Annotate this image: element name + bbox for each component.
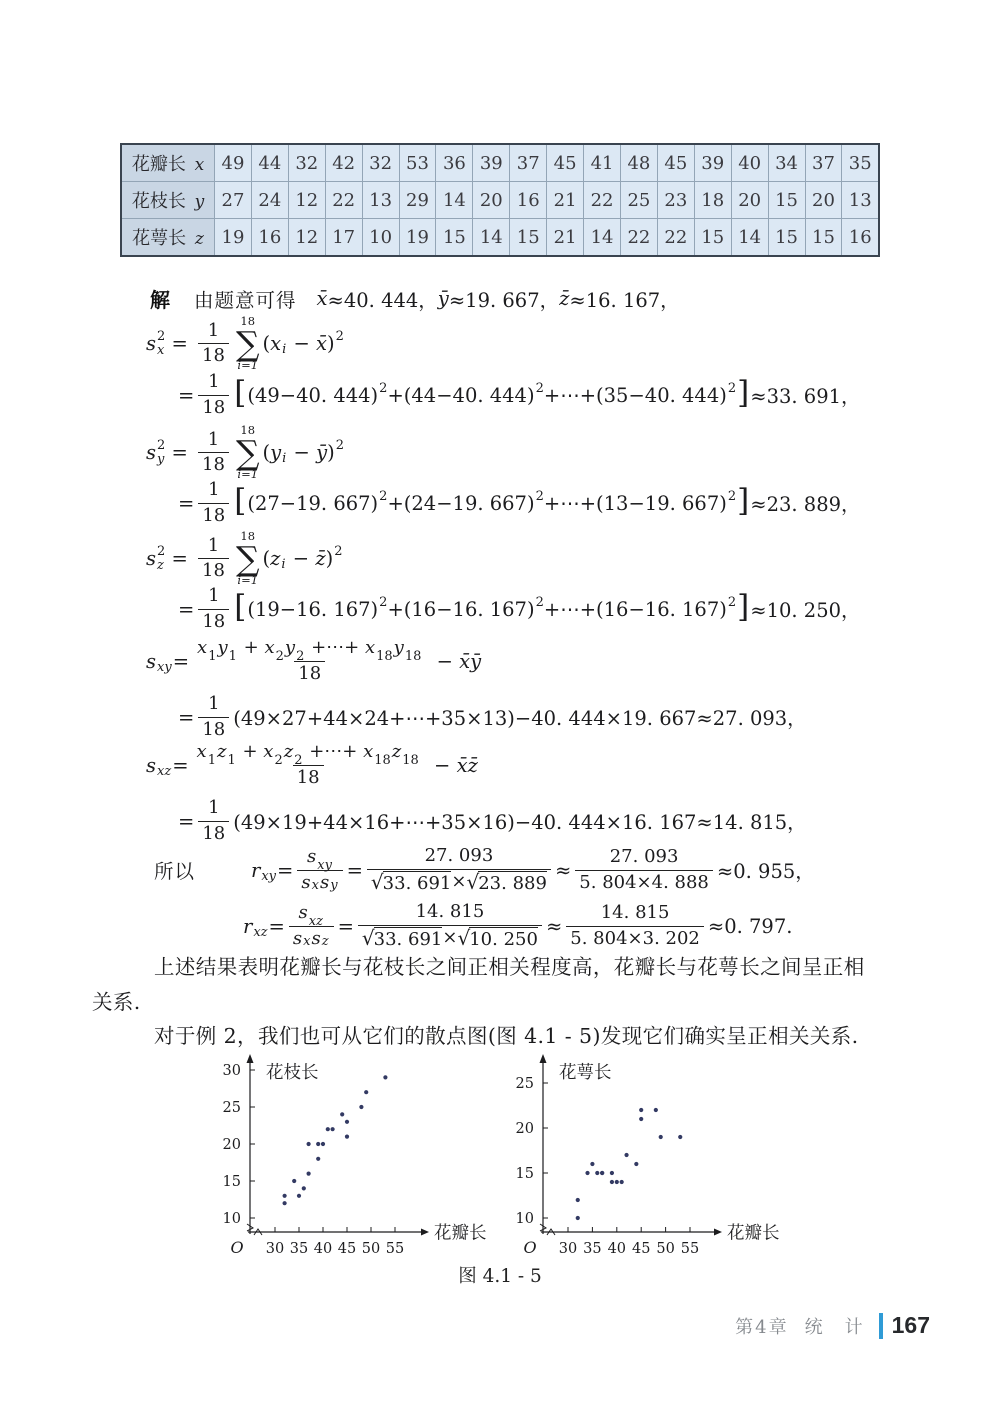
data-point [359,1105,363,1109]
data-point [307,1142,311,1146]
axis-text: 20 [516,1121,534,1137]
axis-text: 30 [266,1241,284,1257]
table-cell: 16 [842,219,879,257]
table-cell: 35 [842,144,879,182]
data-point [639,1117,643,1121]
equation-line-sxy-def: sxy=x1y1 + x2y2 +⋯+ x18y1818 − x̄ȳ [146,637,481,685]
table-cell: 32 [288,144,325,182]
table-cell: 45 [547,144,584,182]
row-label: 花瓣长 x [121,144,215,182]
table-cell: 15 [768,182,805,219]
table-cell: 15 [694,219,731,257]
data-point [283,1201,287,1205]
equation-line-sz2-val: =118[(19−16. 167)2+(16−16. 167)2+⋯+(16−1… [178,585,861,633]
data-point [316,1157,320,1161]
axis-text: 15 [516,1166,534,1182]
axis-text: 20 [223,1137,241,1153]
equation-line-sxz-val: =118(49×19+44×16+⋯+35×16)−40. 444×16. 16… [178,797,807,845]
table-cell: 15 [510,219,547,257]
table-cell: 25 [620,182,657,219]
axis-text: 50 [656,1241,674,1257]
y-axis-arrow [247,1054,254,1063]
data-point [576,1198,580,1202]
table-cell: 29 [399,182,436,219]
data-point [624,1153,628,1157]
table-cell: 37 [805,144,842,182]
equation-line-rxz: rxz=sxzsxsz=14. 815√33. 691×√10. 250≈14.… [243,901,792,951]
data-point [595,1171,599,1175]
table-cell: 36 [436,144,473,182]
table-cell: 32 [362,144,399,182]
data-table: 花瓣长 x49443242325336393745414845394034373… [120,143,880,257]
table-cell: 21 [547,219,584,257]
table-cell: 17 [325,219,362,257]
table-cell: 16 [251,219,288,257]
axis-text: 25 [223,1100,241,1116]
data-point [590,1162,594,1166]
table-cell: 14 [473,219,510,257]
equation-line-sx2-def: s2x = 11818∑i=1(xi − x̄)2 [146,315,344,373]
paragraph-line: 关系. [92,985,916,1020]
table-cell: 34 [768,144,805,182]
data-point [654,1108,658,1112]
table-cell: 23 [657,182,694,219]
data-point [297,1194,301,1198]
table-row: 花瓣长 x49443242325336393745414845394034373… [121,144,879,182]
equation-line-sy2-def: s2y = 11818∑i=1(yi − ȳ)2 [146,424,344,482]
table-cell: 19 [215,219,252,257]
data-point [345,1120,349,1124]
table-cell: 20 [731,182,768,219]
footer-chapter: 第4章 [735,1313,788,1339]
equation-line-rxy: 所以rxy=sxysxsy=27. 093√33. 691×√23. 889≈2… [154,845,815,895]
data-point [585,1171,589,1175]
data-point [321,1142,325,1146]
axis-text: 15 [223,1174,241,1190]
axis-text: 45 [338,1241,356,1257]
scatter-chart-sepal: 30354045505510152025O花萼长花瓣长 [483,1047,818,1276]
equation-line-sxz-def: sxz=x1z1 + x2z2 +⋯+ x18z1818 − x̄z̄ [146,741,478,789]
table-cell: 18 [694,182,731,219]
table-cell: 16 [510,182,547,219]
scatter-chart-stem: 3035404550551015202530O花枝长花瓣长 [190,1047,525,1276]
table-cell: 53 [399,144,436,182]
x-axis-arrow [714,1229,722,1236]
table-cell: 12 [288,219,325,257]
table-cell: 42 [325,144,362,182]
table-cell: 22 [325,182,362,219]
scatter-plot-stem: 3035404550551015202530O花枝长花瓣长 [190,1047,525,1272]
table-cell: 21 [547,182,584,219]
axis-text: 25 [516,1076,534,1092]
table-cell: 48 [620,144,657,182]
table-row: 花萼长 z19161217101915141521142222151415151… [121,219,879,257]
table-cell: 15 [805,219,842,257]
data-point [634,1162,638,1166]
axis-text: O [230,1238,243,1257]
table-cell: 37 [510,144,547,182]
row-label: 花枝长 y [121,182,215,219]
table-cell: 20 [805,182,842,219]
axis-text: O [523,1238,536,1257]
data-point [639,1108,643,1112]
table-cell: 13 [842,182,879,219]
axis-text: 35 [583,1241,601,1257]
data-point [307,1172,311,1176]
table-cell: 22 [620,219,657,257]
table-cell: 22 [657,219,694,257]
scatter-plot-sepal: 30354045505510152025O花萼长花瓣长 [483,1047,818,1272]
table-cell: 49 [215,144,252,182]
y-axis-label: 花萼长 [559,1062,612,1083]
table-cell: 40 [731,144,768,182]
equation-line-sx2-val: =118[(49−40. 444)2+(44−40. 444)2+⋯+(35−4… [178,371,861,419]
table-cell: 45 [657,144,694,182]
table-cell: 19 [399,219,436,257]
axis-text: 40 [314,1241,332,1257]
equation-line-intro: 解由题意可得x̄≈40. 444，ȳ≈19. 667，z̄≈16. 167， [150,284,680,313]
table-cell: 44 [251,144,288,182]
x-axis-label: 花瓣长 [727,1224,780,1244]
x-axis-label: 花瓣长 [434,1224,487,1244]
data-point [345,1135,349,1139]
data-point [576,1216,580,1220]
paragraph-line: 上述结果表明花瓣长与花枝长之间正相关程度高，花瓣长与花萼长之间呈正相 [92,950,916,985]
axis-text: 45 [632,1241,650,1257]
axis-text: 55 [386,1241,404,1257]
data-point [326,1127,330,1131]
axis-text: 40 [608,1241,626,1257]
equation-line-sxy-val: =118(49×27+44×24+⋯+35×13)−40. 444×19. 66… [178,693,807,741]
axis-text: 50 [362,1241,380,1257]
footer-section: 统 计 [805,1313,865,1339]
data-point [600,1171,604,1175]
footer-accent-bar [879,1313,883,1339]
data-point [678,1135,682,1139]
table-cell: 39 [473,144,510,182]
table-cell: 27 [215,182,252,219]
y-axis-arrow [540,1054,547,1063]
equation-line-sz2-def: s2z = 11818∑i=1(zi − z̄)2 [146,530,343,588]
axis-text: 30 [559,1241,577,1257]
data-point [283,1194,287,1198]
figure-caption: 图 4.1 - 5 [0,1262,1000,1288]
table-cell: 22 [584,182,621,219]
data-point [292,1179,296,1183]
data-point [659,1135,663,1139]
table-cell: 13 [362,182,399,219]
data-point [302,1186,306,1190]
axis-text: 55 [681,1241,699,1257]
table-cell: 14 [731,219,768,257]
data-point [383,1075,387,1079]
table-cell: 15 [436,219,473,257]
data-point [331,1127,335,1131]
x-axis-arrow [421,1229,429,1236]
row-label: 花萼长 z [121,219,215,257]
axis-text: 10 [516,1211,534,1227]
table-cell: 12 [288,182,325,219]
data-table-body: 花瓣长 x49443242325336393745414845394034373… [121,144,879,256]
table-cell: 10 [362,219,399,257]
axis-text: 10 [223,1211,241,1227]
table-cell: 20 [473,182,510,219]
table-row: 花枝长 y27241222132914201621222523182015201… [121,182,879,219]
page-footer: 第4章 统 计 167 [735,1312,930,1339]
data-point [610,1180,614,1184]
table-cell: 14 [436,182,473,219]
data-point [615,1180,619,1184]
data-point [340,1112,344,1116]
page-number: 167 [892,1312,930,1339]
table-cell: 41 [584,144,621,182]
table-cell: 15 [768,219,805,257]
data-table-wrap: 花瓣长 x49443242325336393745414845394034373… [120,143,880,257]
textbook-page: 花瓣长 x49443242325336393745414845394034373… [0,0,1000,1422]
axis-text: 30 [223,1063,241,1079]
table-cell: 24 [251,182,288,219]
y-axis-label: 花枝长 [266,1063,319,1083]
equation-line-sy2-val: =118[(27−19. 667)2+(24−19. 667)2+⋯+(13−1… [178,479,861,527]
data-point [364,1090,368,1094]
data-point [610,1171,614,1175]
table-cell: 14 [584,219,621,257]
axis-text: 35 [290,1241,308,1257]
data-point [620,1180,624,1184]
data-point [316,1142,320,1146]
paragraph-conclusion: 上述结果表明花瓣长与花枝长之间正相关程度高，花瓣长与花萼长之间呈正相 关系. [92,950,916,1020]
table-cell: 39 [694,144,731,182]
